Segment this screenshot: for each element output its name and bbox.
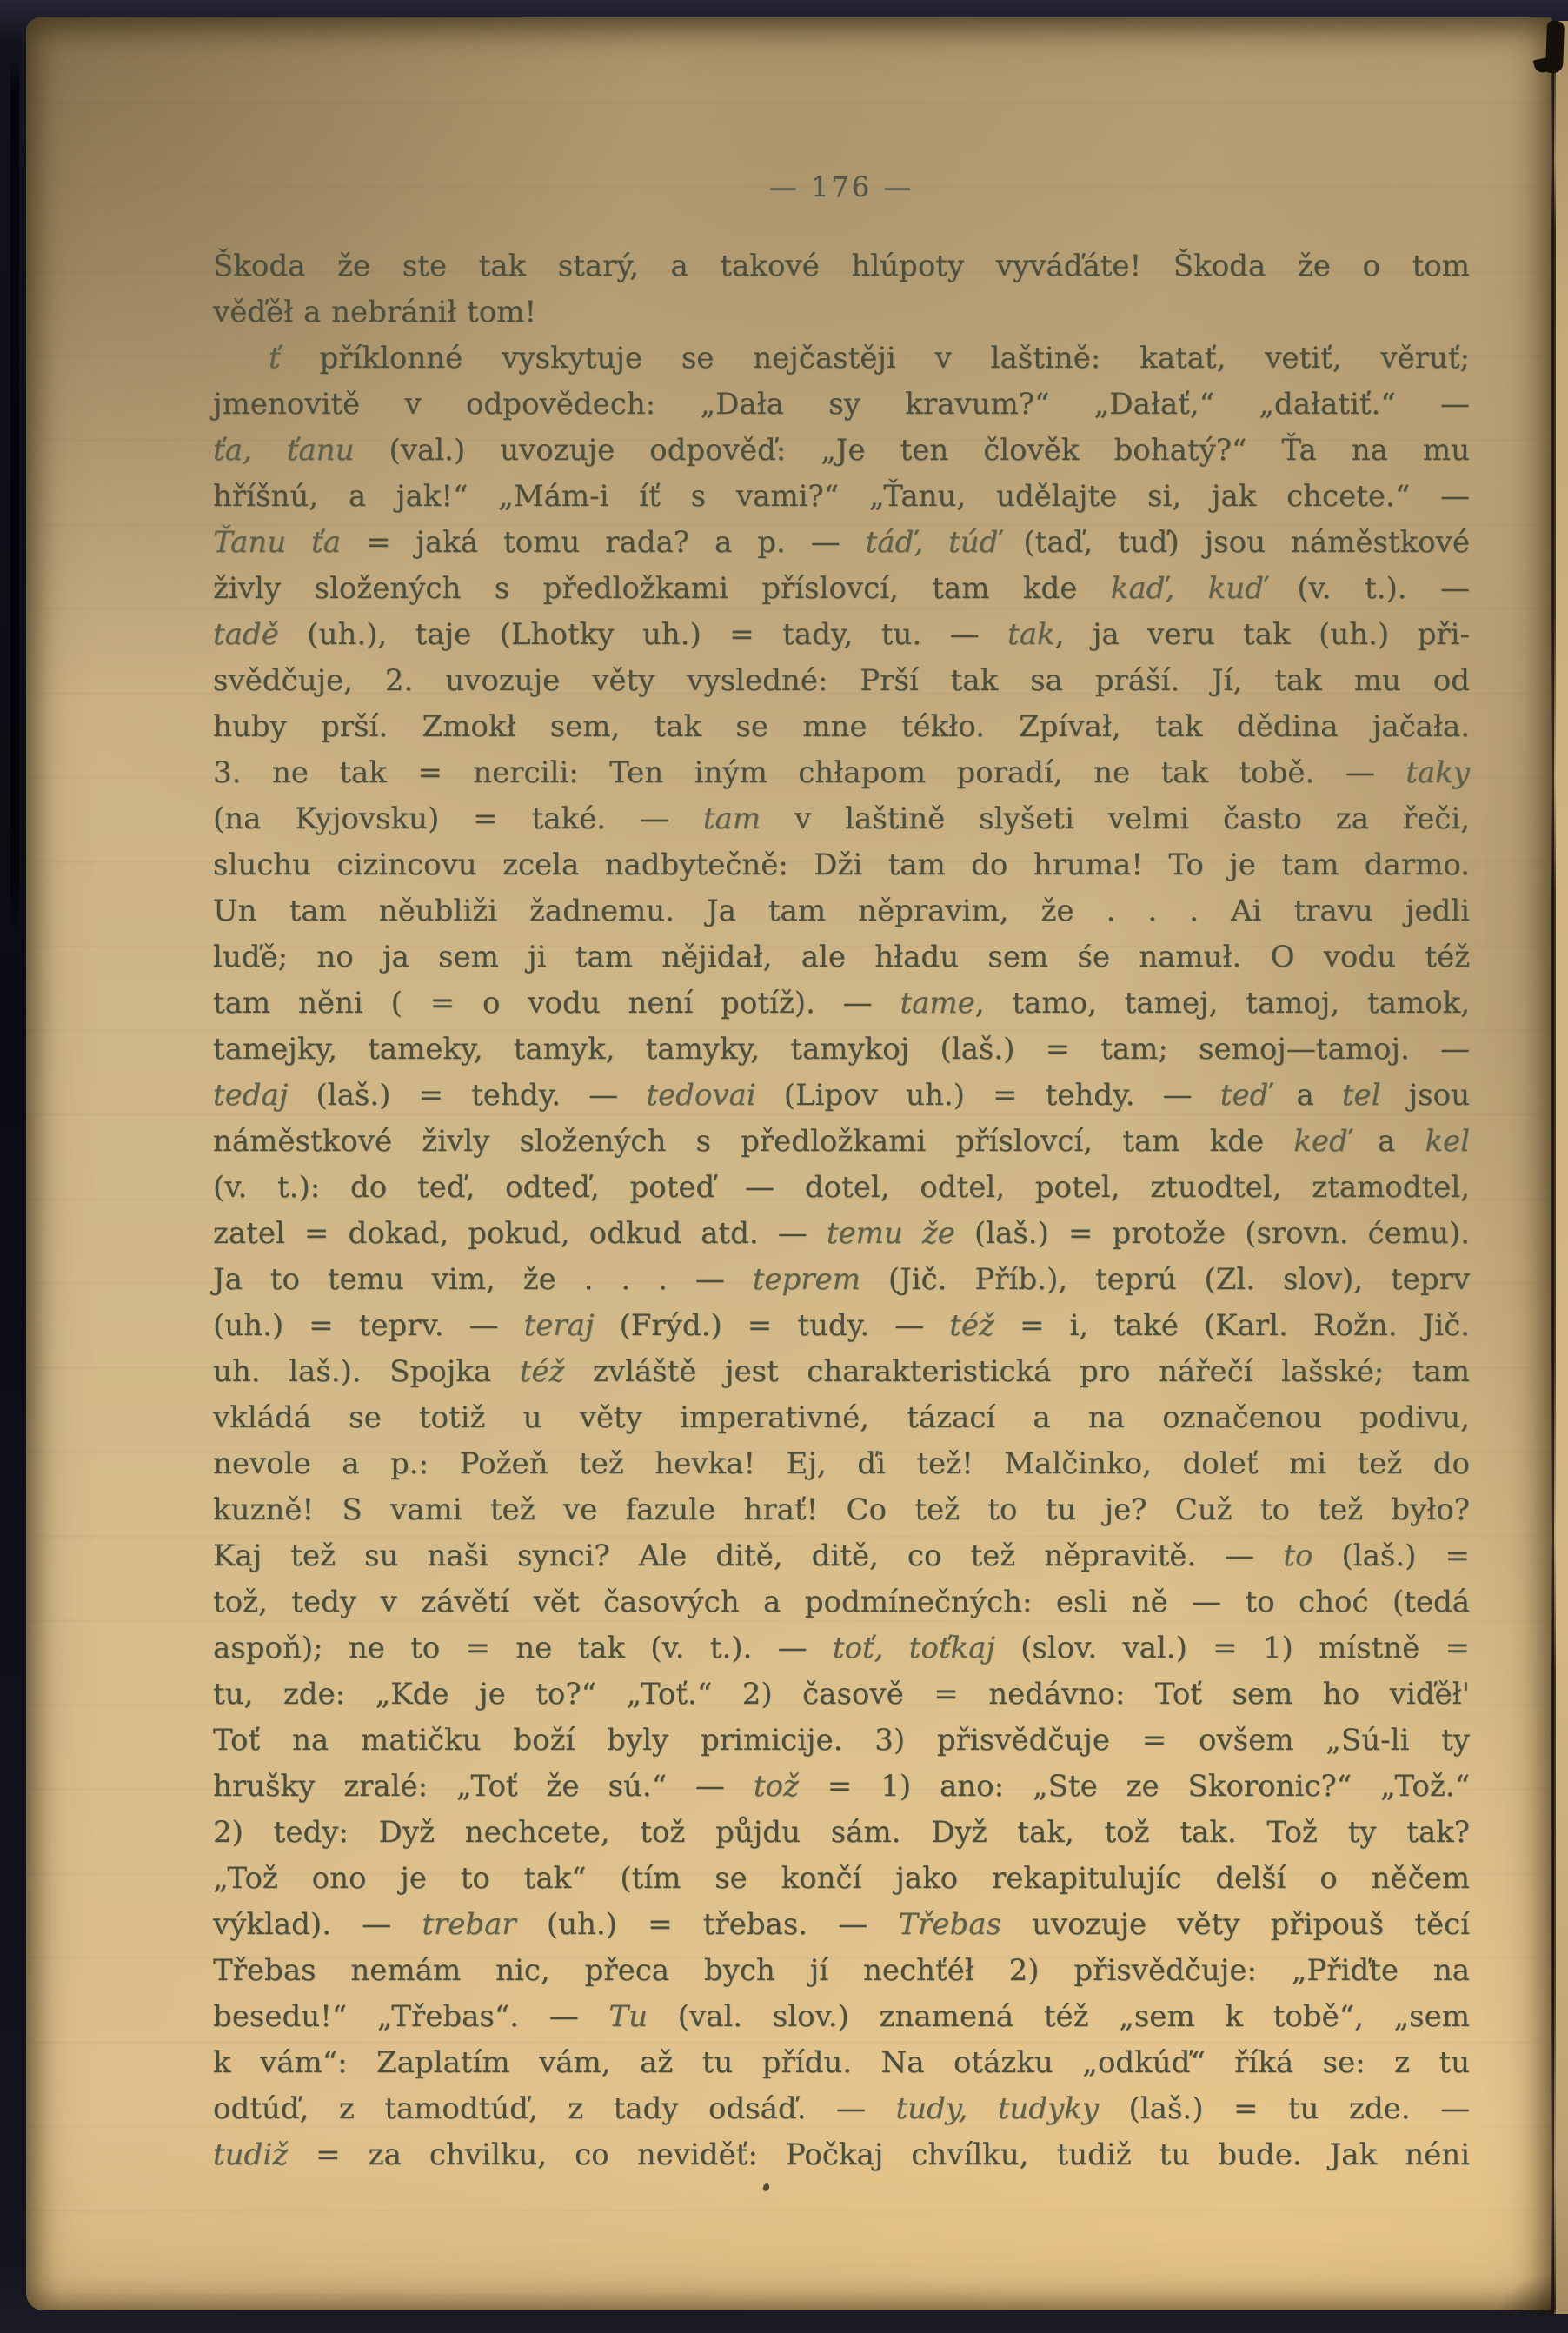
text-line: aspoň); ne to = ne tak (v. t.). — toť, t… (213, 1625, 1470, 1672)
text-line: 2) tedy: Dyž nechcete, tož půjdu sám. Dy… (213, 1810, 1470, 1856)
text-line: (na Kyjovsku) = také. — tam v laštině sl… (213, 796, 1470, 842)
text-line: luďě; no ja sem ji tam nějidał, ale hład… (213, 934, 1470, 980)
text-line: svědčuje, 2. uvozuje věty vysledné: Prší… (213, 658, 1470, 704)
text-line: (v. t.): do teď, odteď, poteď — dotel, o… (213, 1165, 1470, 1211)
text-line: Ja to temu vim, že . . . — teprem (Jič. … (213, 1257, 1470, 1303)
text-line: nevole a p.: Požeň tež hevka! Ej, ďi tež… (213, 1441, 1470, 1487)
text-line: huby prší. Zmokł sem, tak se mne tékło. … (213, 704, 1470, 750)
text-line: Kaj tež su naši synci? Ale ditě, ditě, c… (213, 1533, 1470, 1579)
page-corner-shadow (1460, 2246, 1556, 2316)
text-line: náměstkové živly složených s předložkami… (213, 1119, 1470, 1165)
text-line: kuzně! S vami tež ve fazule hrať! Co tež… (213, 1487, 1470, 1533)
text-line: Toť na matičku boží byly primicije. 3) p… (213, 1718, 1470, 1764)
text-line: Třebas nemám nic, přeca bych jí nechťéł … (213, 1948, 1470, 1994)
text-line: hrušky zralé: „Toť že sú.“ — tož = 1) an… (213, 1764, 1470, 1810)
text-line: hříšnú, a jak!“ „Mám-i íť s vami?“ „Ťanu… (213, 474, 1470, 520)
ink-smudge (1545, 21, 1565, 74)
text-line: zatel = dokad, pokud, odkud atd. — temu … (213, 1211, 1470, 1257)
scan-background: — 176 — Škoda že ste tak starý, a takové… (0, 0, 1568, 2333)
text-line: vkládá se totiž u věty imperativné, táza… (213, 1395, 1470, 1441)
text-line: Ťanu ťa = jaká tomu rada? a p. — táď, tú… (213, 520, 1470, 566)
text-line: besedu!“ „Třebas“. — Tu (val. slov.) zna… (213, 1994, 1470, 2040)
text-line: Un tam něubliži žadnemu. Ja tam něpravim… (213, 888, 1470, 934)
page-edge-line (1551, 23, 1556, 2312)
text-line: uh. laš.). Spojka též zvláště jest chara… (213, 1349, 1470, 1395)
text-line: živly složených s předložkami příslovcí,… (213, 566, 1470, 612)
text-line: tudiž = za chvilku, co neviděť: Počkaj c… (213, 2132, 1470, 2178)
text-line: tamejky, tameky, tamyk, tamyky, tamykoj … (213, 1027, 1470, 1073)
text-line: tam něni ( = o vodu není potíž). — tame,… (213, 980, 1470, 1027)
text-line: 3. ne tak = nercili: Ten iným chłapom po… (213, 750, 1470, 796)
text-line: odtúď, z tamodtúď, z tady odsáď. — tudy,… (213, 2086, 1470, 2132)
text-line: ť příklonné vyskytuje se nejčastěji v la… (213, 336, 1470, 382)
text-line: ťa, ťanu (val.) uvozuje odpověď: „Je ten… (213, 428, 1470, 474)
text-line: Škoda že ste tak starý, a takové hlúpoty… (213, 243, 1470, 289)
text-line: tedaj (laš.) = tehdy. — tedovai (Lipov u… (213, 1073, 1470, 1119)
page-number: — 176 — (213, 170, 1470, 209)
book-page: — 176 — Škoda že ste tak starý, a takové… (26, 17, 1552, 2310)
text-line: „Tož ono je to tak“ (tím se končí jako r… (213, 1856, 1470, 1902)
text-line: tož, tedy v závětí vět časových a podmín… (213, 1579, 1470, 1625)
page-text: Škoda že ste tak starý, a takové hlúpoty… (213, 243, 1470, 2178)
text-line: tadě (uh.), taje (Lhotky uh.) = tady, tu… (213, 612, 1470, 658)
text-line: jmenovitě v odpovědech: „Dała sy kravum?… (213, 382, 1470, 428)
text-line: sluchu cizincovu zcela nadbytečně: Dži t… (213, 842, 1470, 888)
text-line: výklad). — trebar (uh.) = třebas. — Třeb… (213, 1902, 1470, 1948)
text-line: k vám“: Zaplatím vám, až tu přídu. Na ot… (213, 2040, 1470, 2086)
text-line: (uh.) = teprv. — teraj (Frýd.) = tudy. —… (213, 1303, 1470, 1349)
scan-edge-line (10, 56, 19, 934)
text-line: věďěł a nebránił tom! (213, 289, 1470, 336)
next-page-edge (1554, 21, 1568, 2314)
text-line: tu, zde: „Kde je to?“ „Toť.“ 2) časově =… (213, 1672, 1470, 1718)
